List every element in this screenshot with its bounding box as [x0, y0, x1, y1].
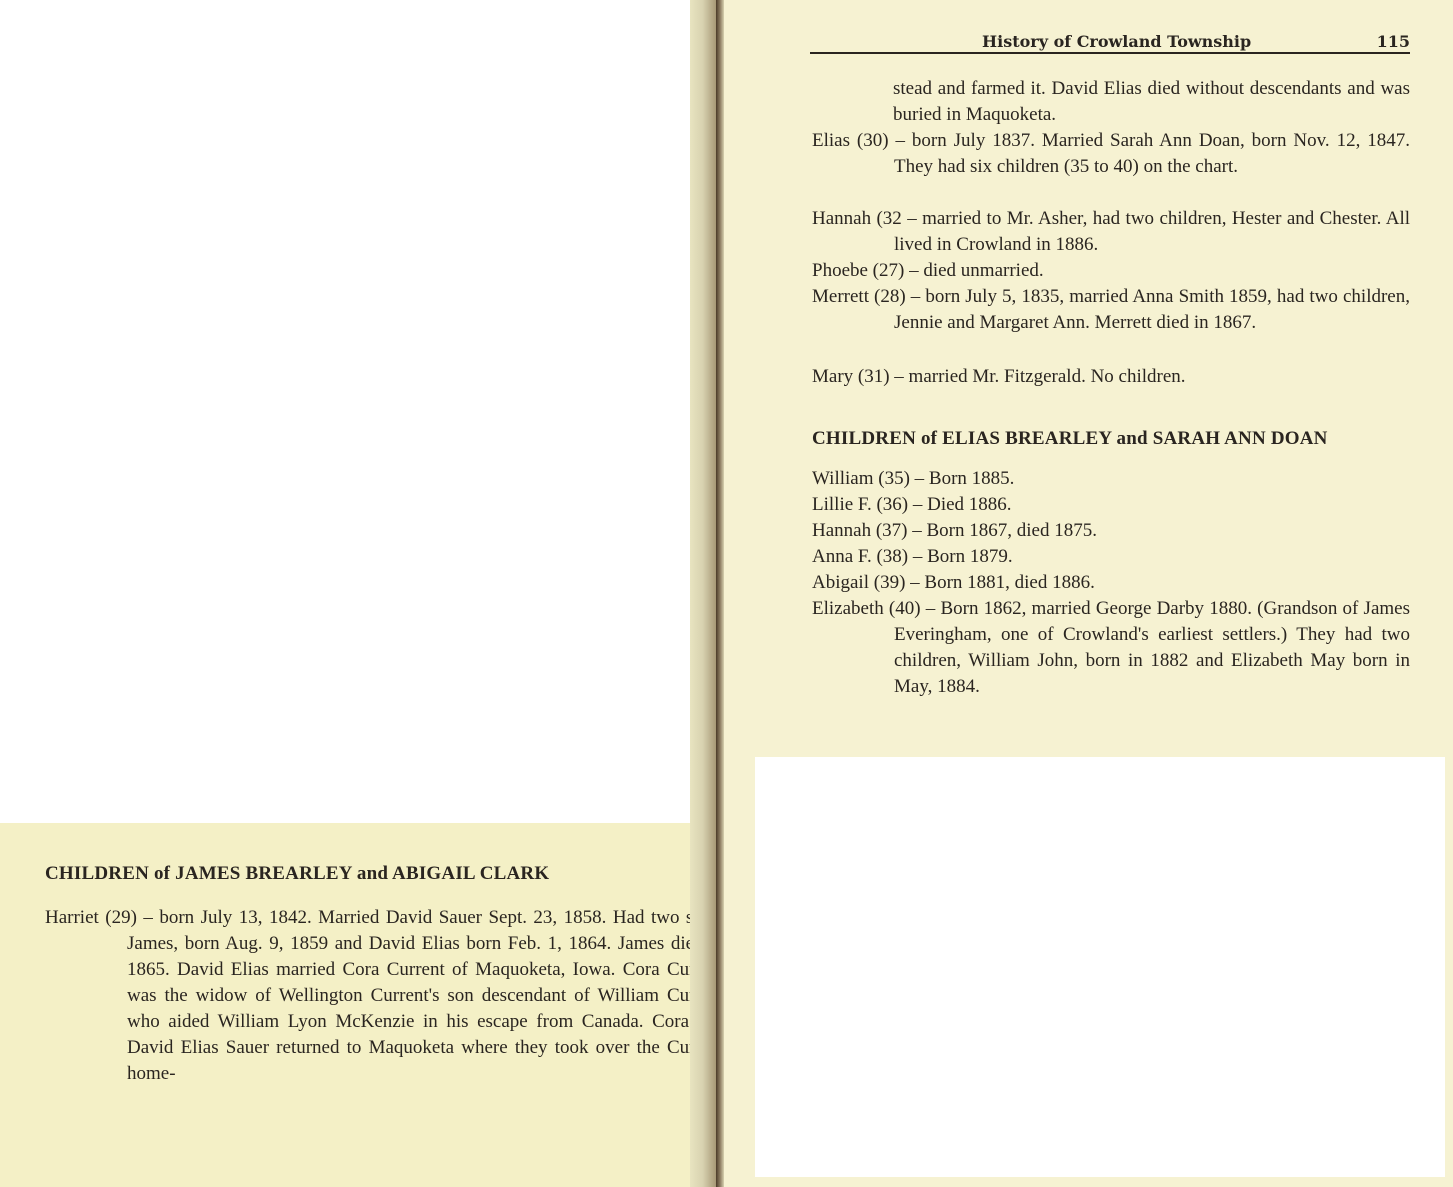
left-page: CHILDREN of JAMES BREARLEY and ABIGAIL C…: [0, 823, 722, 1187]
entry-elias: Elias (30) – born July 1837. Married Sar…: [812, 128, 1410, 180]
child-elizabeth: Elizabeth (40) – Born 1862, married Geor…: [812, 596, 1410, 700]
running-title: History of Crowland Township: [982, 32, 1251, 51]
page-number: 115: [1377, 32, 1410, 51]
child-abigail: Abigail (39) – Born 1881, died 1886.: [812, 570, 1410, 596]
running-head: History of Crowland Township 115: [810, 30, 1410, 54]
book-spine: [716, 0, 724, 1187]
entry-merrett: Merrett (28) – born July 5, 1835, marrie…: [812, 284, 1410, 336]
entry-hannah: Hannah (32 – married to Mr. Asher, had t…: [812, 206, 1410, 258]
blank-area-top-left: [0, 0, 690, 823]
entry-harriet: Harriet (29) – born July 13, 1842. Marri…: [45, 905, 725, 1087]
continuation-text: stead and farmed it. David Elias died wi…: [893, 76, 1410, 128]
child-lillie: Lillie F. (36) – Died 1886.: [812, 492, 1410, 518]
entry-mary: Mary (31) – married Mr. Fitzgerald. No c…: [812, 364, 1410, 390]
child-anna: Anna F. (38) – Born 1879.: [812, 544, 1410, 570]
blank-area-bottom-right: [755, 757, 1445, 1177]
child-william: William (35) – Born 1885.: [812, 466, 1410, 492]
left-section-heading: CHILDREN of JAMES BREARLEY and ABIGAIL C…: [45, 863, 549, 885]
entry-phoebe: Phoebe (27) – died unmarried.: [812, 258, 1410, 284]
right-section-heading: CHILDREN of ELIAS BREARLEY and SARAH ANN…: [812, 428, 1328, 450]
child-hannah: Hannah (37) – Born 1867, died 1875.: [812, 518, 1410, 544]
